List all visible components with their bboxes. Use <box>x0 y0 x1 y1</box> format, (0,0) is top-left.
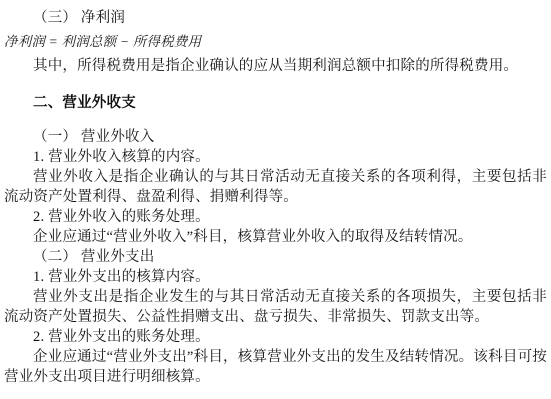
subheading-nonoperating-expense: （二） 营业外支出 <box>4 247 547 267</box>
heading-nonoperating-income-expense: 二、营业外收支 <box>4 93 547 113</box>
formula-net-profit: 净利润 = 利润总额 − 所得税费用 <box>4 32 547 52</box>
para-income-account-usage: 企业应通过“营业外收入”科目，核算营业外收入的取得及结转情况。 <box>4 227 547 247</box>
item-expense-accounting-treatment: 2. 营业外支出的账务处理。 <box>4 327 547 347</box>
para-income-definition: 营业外收入是指企业确认的与其日常活动无直接关系的各项利得，主要包括非流动资产处置… <box>4 167 547 207</box>
para-expense-account-usage: 企业应通过“营业外支出”科目，核算营业外支出的发生及结转情况。该科目可按营业外支… <box>4 347 547 387</box>
item-expense-accounting-content: 1. 营业外支出的核算内容。 <box>4 267 547 287</box>
subheading-net-profit: （三） 净利润 <box>4 8 547 28</box>
item-income-accounting-treatment: 2. 营业外收入的账务处理。 <box>4 207 547 227</box>
para-expense-definition: 营业外支出是指企业发生的与其日常活动无直接关系的各项损失，主要包括非流动资产处置… <box>4 287 547 327</box>
document-page: （三） 净利润 净利润 = 利润总额 − 所得税费用 其中，所得税费用是指企业确… <box>0 0 551 399</box>
item-income-accounting-content: 1. 营业外收入核算的内容。 <box>4 147 547 167</box>
subheading-nonoperating-income: （一） 营业外收入 <box>4 127 547 147</box>
para-income-tax-note: 其中，所得税费用是指企业确认的应从当期利润总额中扣除的所得税费用。 <box>4 56 547 76</box>
